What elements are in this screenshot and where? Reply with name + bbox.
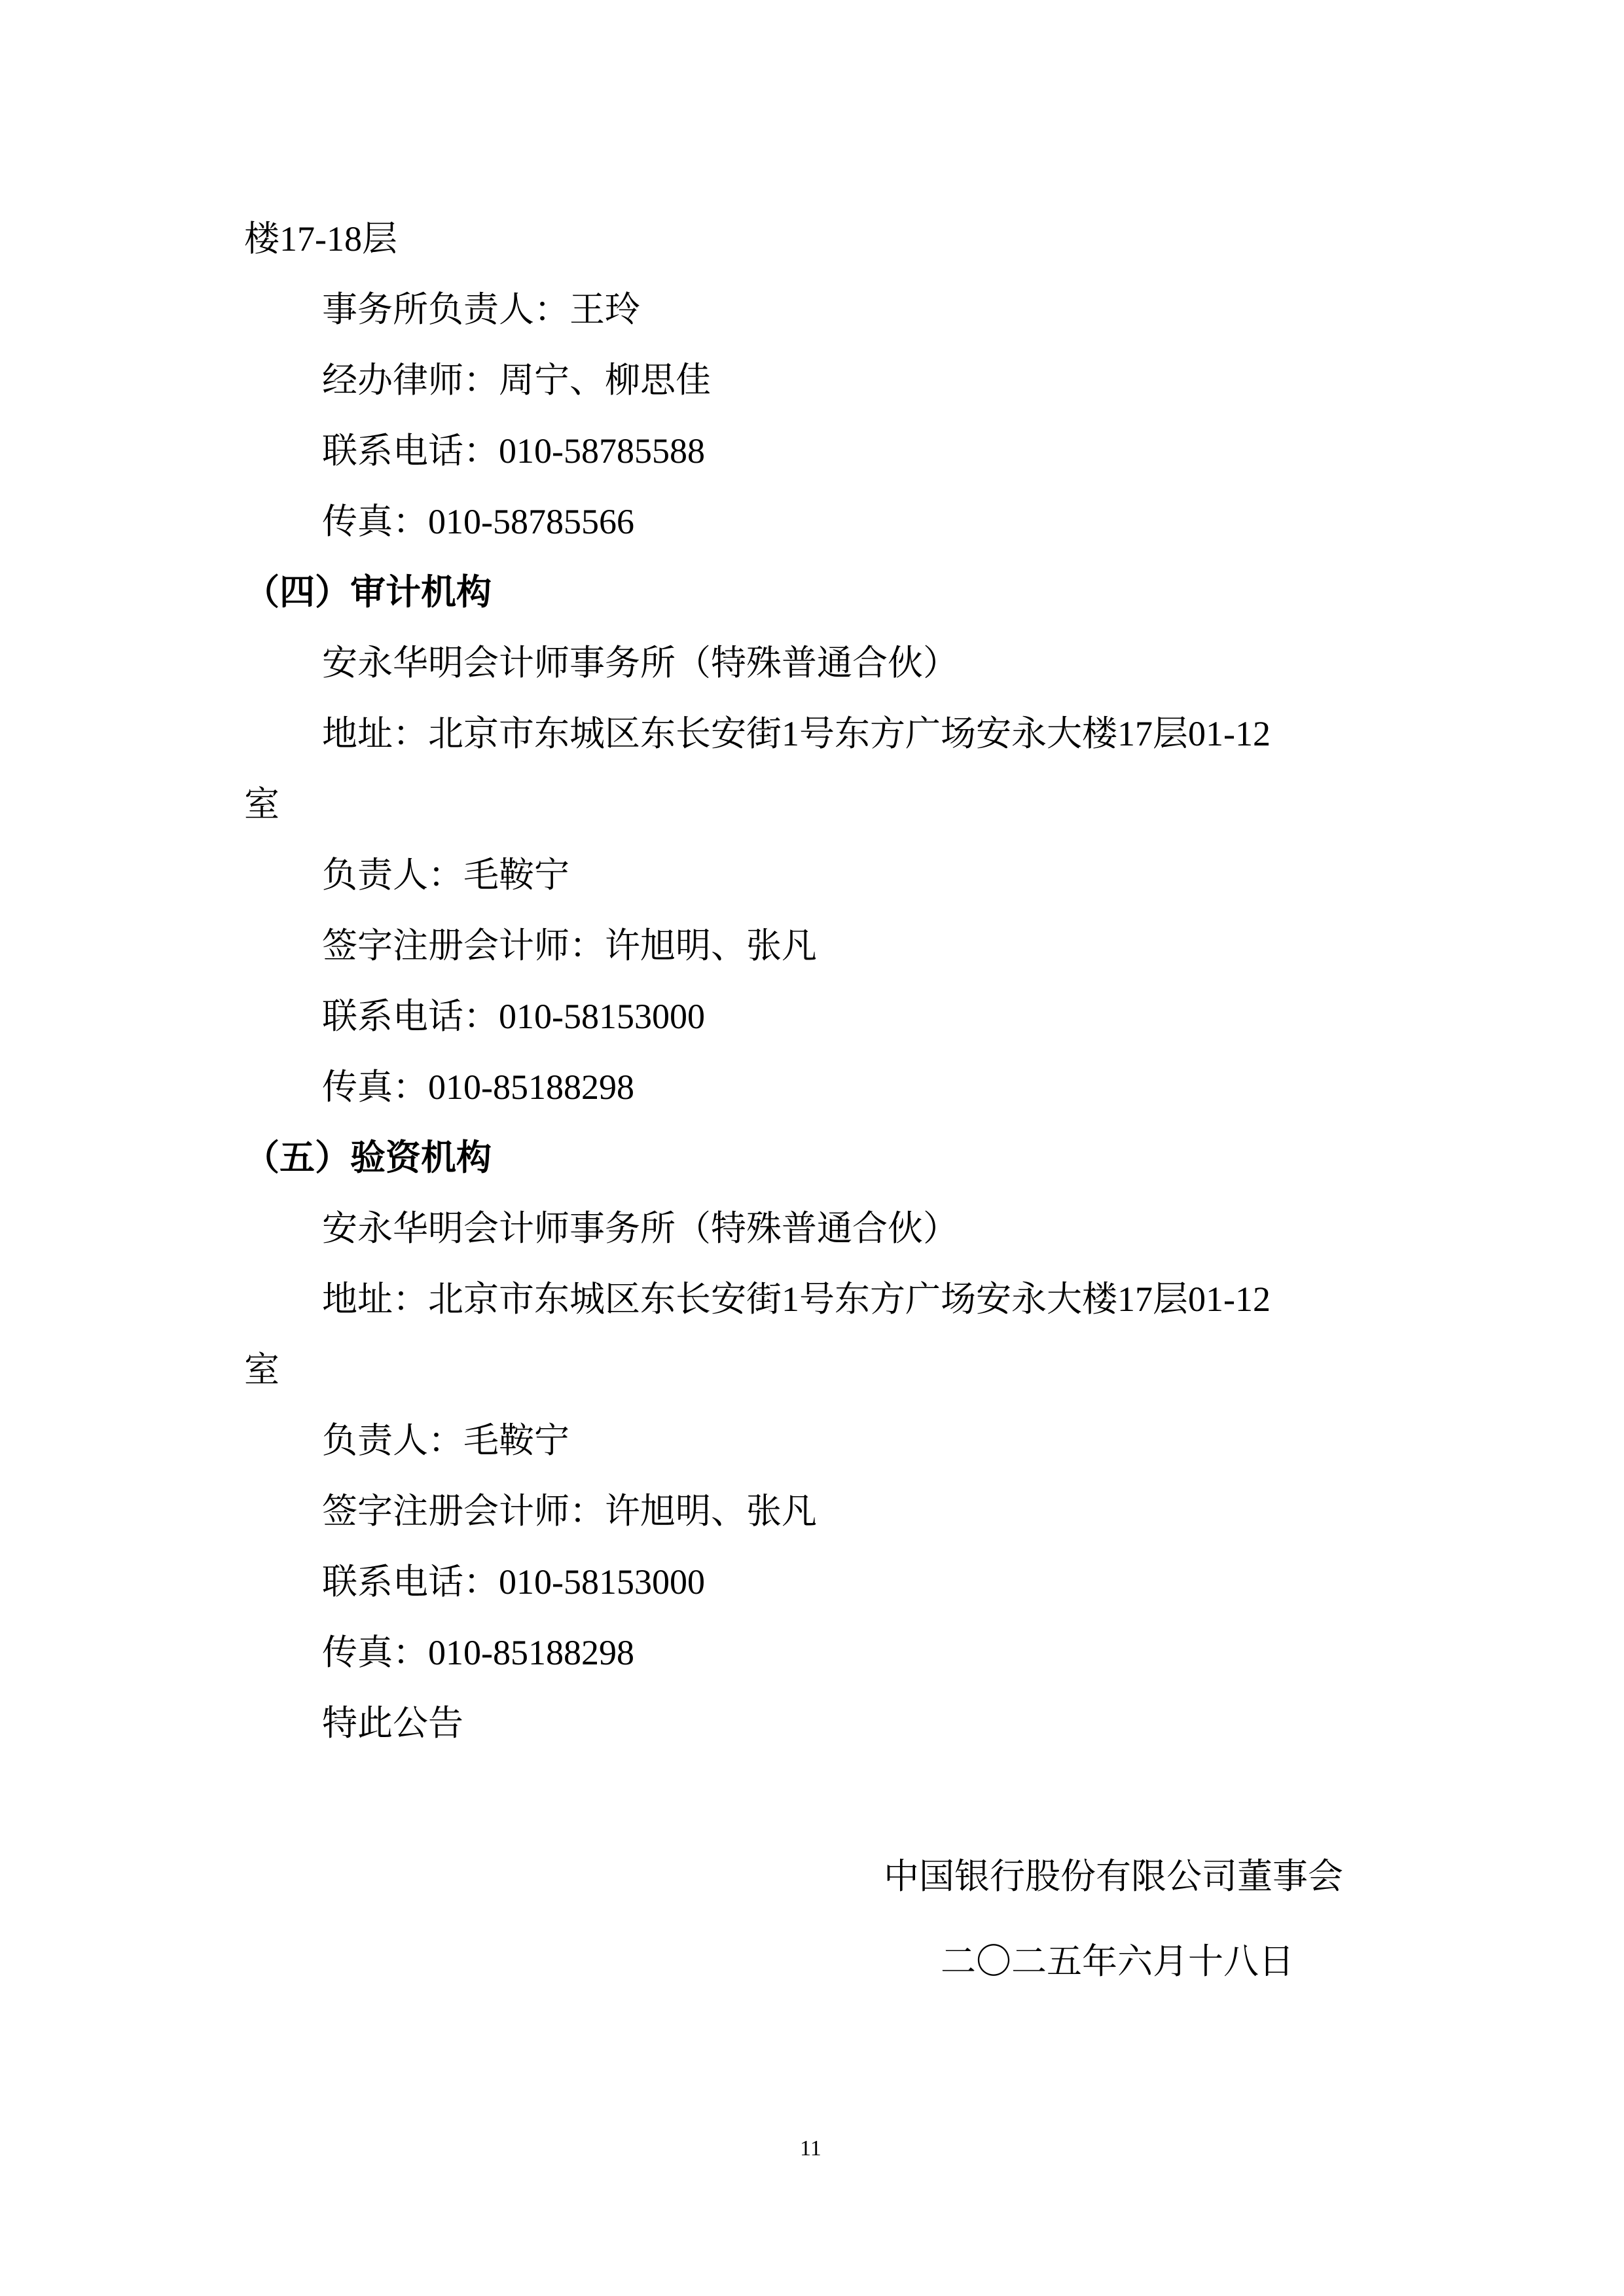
signature-board: 中国银行股份有限公司董事会	[884, 1859, 1343, 1894]
law-firm-fax: 传真：010-58785566	[322, 504, 634, 539]
verification-address-line1: 地址：北京市东城区东长安街1号东方广场安永大楼17层01-12	[322, 1282, 1271, 1317]
signature-date: 二〇二五年六月十八日	[941, 1944, 1294, 1979]
document-page: 楼17-18层 事务所负责人：王玲 经办律师：周宁、柳思佳 联系电话：010-5…	[0, 0, 1624, 2296]
verification-phone: 联系电话：010-58153000	[322, 1564, 705, 1600]
audit-fax: 传真：010-85188298	[322, 1069, 634, 1105]
capital-verification-heading: （五）验资机构	[244, 1140, 492, 1175]
verification-address-line2: 室	[244, 1352, 280, 1388]
audit-accountants: 签字注册会计师：许旭明、张凡	[322, 928, 817, 963]
verification-firm-name: 安永华明会计师事务所（特殊普通合伙）	[322, 1211, 958, 1246]
audit-head: 负责人：毛鞍宁	[322, 857, 569, 893]
audit-firm-name: 安永华明会计师事务所（特殊普通合伙）	[322, 645, 958, 681]
verification-accountants: 签字注册会计师：许旭明、张凡	[322, 1494, 817, 1529]
verification-head: 负责人：毛鞍宁	[322, 1423, 569, 1458]
audit-phone: 联系电话：010-58153000	[322, 999, 705, 1034]
law-firm-lawyers: 经办律师：周宁、柳思佳	[322, 363, 711, 398]
verification-fax: 传真：010-85188298	[322, 1635, 634, 1670]
address-continuation: 楼17-18层	[244, 221, 397, 257]
law-firm-phone: 联系电话：010-58785588	[322, 433, 705, 469]
audit-address-line1: 地址：北京市东城区东长安街1号东方广场安永大楼17层01-12	[322, 716, 1271, 751]
audit-section-heading: （四）审计机构	[244, 575, 492, 610]
page-number: 11	[800, 2138, 821, 2160]
closing-statement: 特此公告	[322, 1706, 463, 1741]
audit-address-line2: 室	[244, 787, 280, 822]
law-firm-head: 事务所负责人：王玲	[322, 292, 640, 327]
